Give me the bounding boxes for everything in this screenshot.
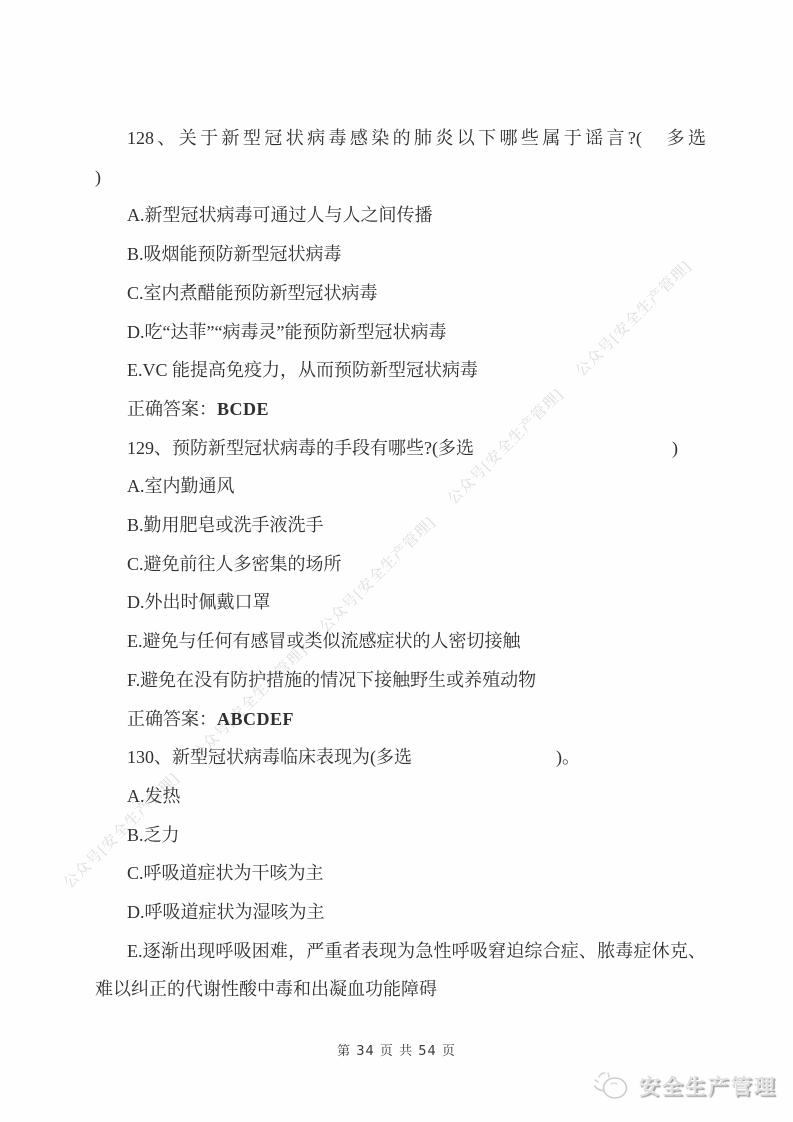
question-128-option-c: C.室内煮醋能预防新型冠状病毒: [95, 274, 706, 313]
question-128-option-e: E.VC 能提高免疫力，从而预防新型冠状病毒: [95, 351, 706, 390]
question-130-option-b: B.乏力: [95, 816, 706, 855]
question-128-stem: 128、关于新型冠状病毒感染的肺炎以下哪些属于谣言?( 多选 ): [95, 119, 706, 196]
question-129-option-f: F.避免在没有防护措施的情况下接触野生或养殖动物: [95, 661, 706, 700]
question-130-stem: 130、新型冠状病毒临床表现为(多选 )。: [95, 738, 706, 777]
answer-value: BCDE: [217, 399, 269, 419]
question-129-option-b: B.勤用肥皂或洗手液洗手: [95, 506, 706, 545]
answer-label: 正确答案：: [127, 709, 217, 729]
answer-label: 正确答案：: [127, 399, 217, 419]
question-130-option-a: A.发热: [95, 777, 706, 816]
question-129-stem: 129、预防新型冠状病毒的手段有哪些?(多选 ): [95, 429, 706, 468]
question-129-answer: 正确答案：ABCDEF: [95, 700, 706, 739]
document-page: 公众号[安全生产管理] 公众号[安全生产管理] 公众号[安全生产管理] 公众号[…: [0, 0, 793, 1122]
question-130-option-e: E.逐渐出现呼吸困难，严重者表现为急性呼吸窘迫综合症、脓毒症休克、难以纠正的代谢…: [95, 932, 706, 1009]
question-129-option-d: D.外出时佩戴口罩: [95, 583, 706, 622]
question-130-option-c: C.呼吸道症状为干咳为主: [95, 854, 706, 893]
brand-name: 安全生产管理: [639, 1071, 777, 1101]
question-129-option-a: A.室内勤通风: [95, 467, 706, 506]
helmet-doodle-icon: [591, 1068, 633, 1104]
question-129-option-c: C.避免前往人多密集的场所: [95, 545, 706, 584]
question-128-option-b: B.吸烟能预防新型冠状病毒: [95, 235, 706, 274]
question-130-option-d: D.呼吸道症状为湿咳为主: [95, 893, 706, 932]
question-129-option-e: E.避免与任何有感冒或类似流感症状的人密切接触: [95, 622, 706, 661]
page-number-footer: 第 34 页 共 54 页: [0, 1040, 793, 1059]
question-128-option-a: A.新型冠状病毒可通过人与人之间传播: [95, 196, 706, 235]
exam-content: 128、关于新型冠状病毒感染的肺炎以下哪些属于谣言?( 多选 ) A.新型冠状病…: [95, 119, 706, 1009]
question-128-answer: 正确答案：BCDE: [95, 390, 706, 429]
answer-value: ABCDEF: [217, 709, 294, 729]
question-128-option-d: D.吃“达菲”“病毒灵”能预防新型冠状病毒: [95, 313, 706, 352]
brand-logo: 安全生产管理: [591, 1068, 777, 1104]
